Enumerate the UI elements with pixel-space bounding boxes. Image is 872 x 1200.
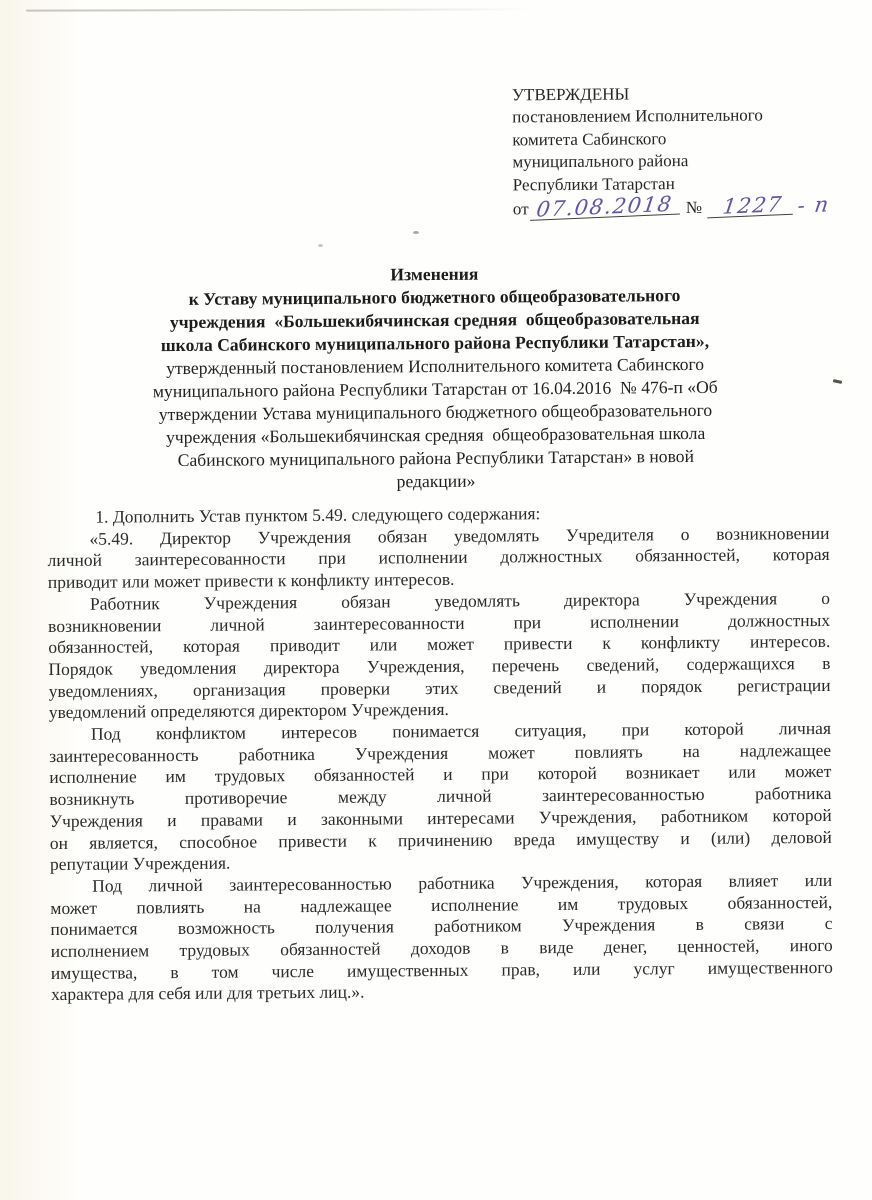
- approval-date-line: от07.08.2018№1227- п: [513, 195, 843, 221]
- date-prefix-label: от: [513, 199, 529, 218]
- handwritten-number-suffix: - п: [796, 194, 831, 215]
- document-title: Изменения к Уставу муниципального бюджет…: [44, 260, 826, 496]
- approval-stamp-block: УТВЕРЖДЕНЫ постановлением Исполнительног…: [512, 82, 843, 221]
- approval-line: муниципального района: [512, 149, 842, 174]
- title-line: редакции»: [46, 467, 826, 496]
- document-content: УТВЕРЖДЕНЫ постановлением Исполнительног…: [0, 0, 872, 1200]
- scanned-document-page: УТВЕРЖДЕНЫ постановлением Исполнительног…: [0, 0, 872, 1200]
- handwritten-date: 07.08.2018: [530, 193, 683, 220]
- approval-line: УТВЕРЖДЕНЫ: [512, 82, 842, 107]
- document-body: 1. Дополнить Устав пунктом 5.49. следующ…: [47, 501, 833, 1006]
- number-sign-label: №: [686, 198, 702, 217]
- handwritten-number: 1227: [707, 194, 796, 219]
- approval-line: комитета Сабинского: [512, 127, 842, 152]
- approval-line: постановлением Исполнительного: [512, 104, 842, 129]
